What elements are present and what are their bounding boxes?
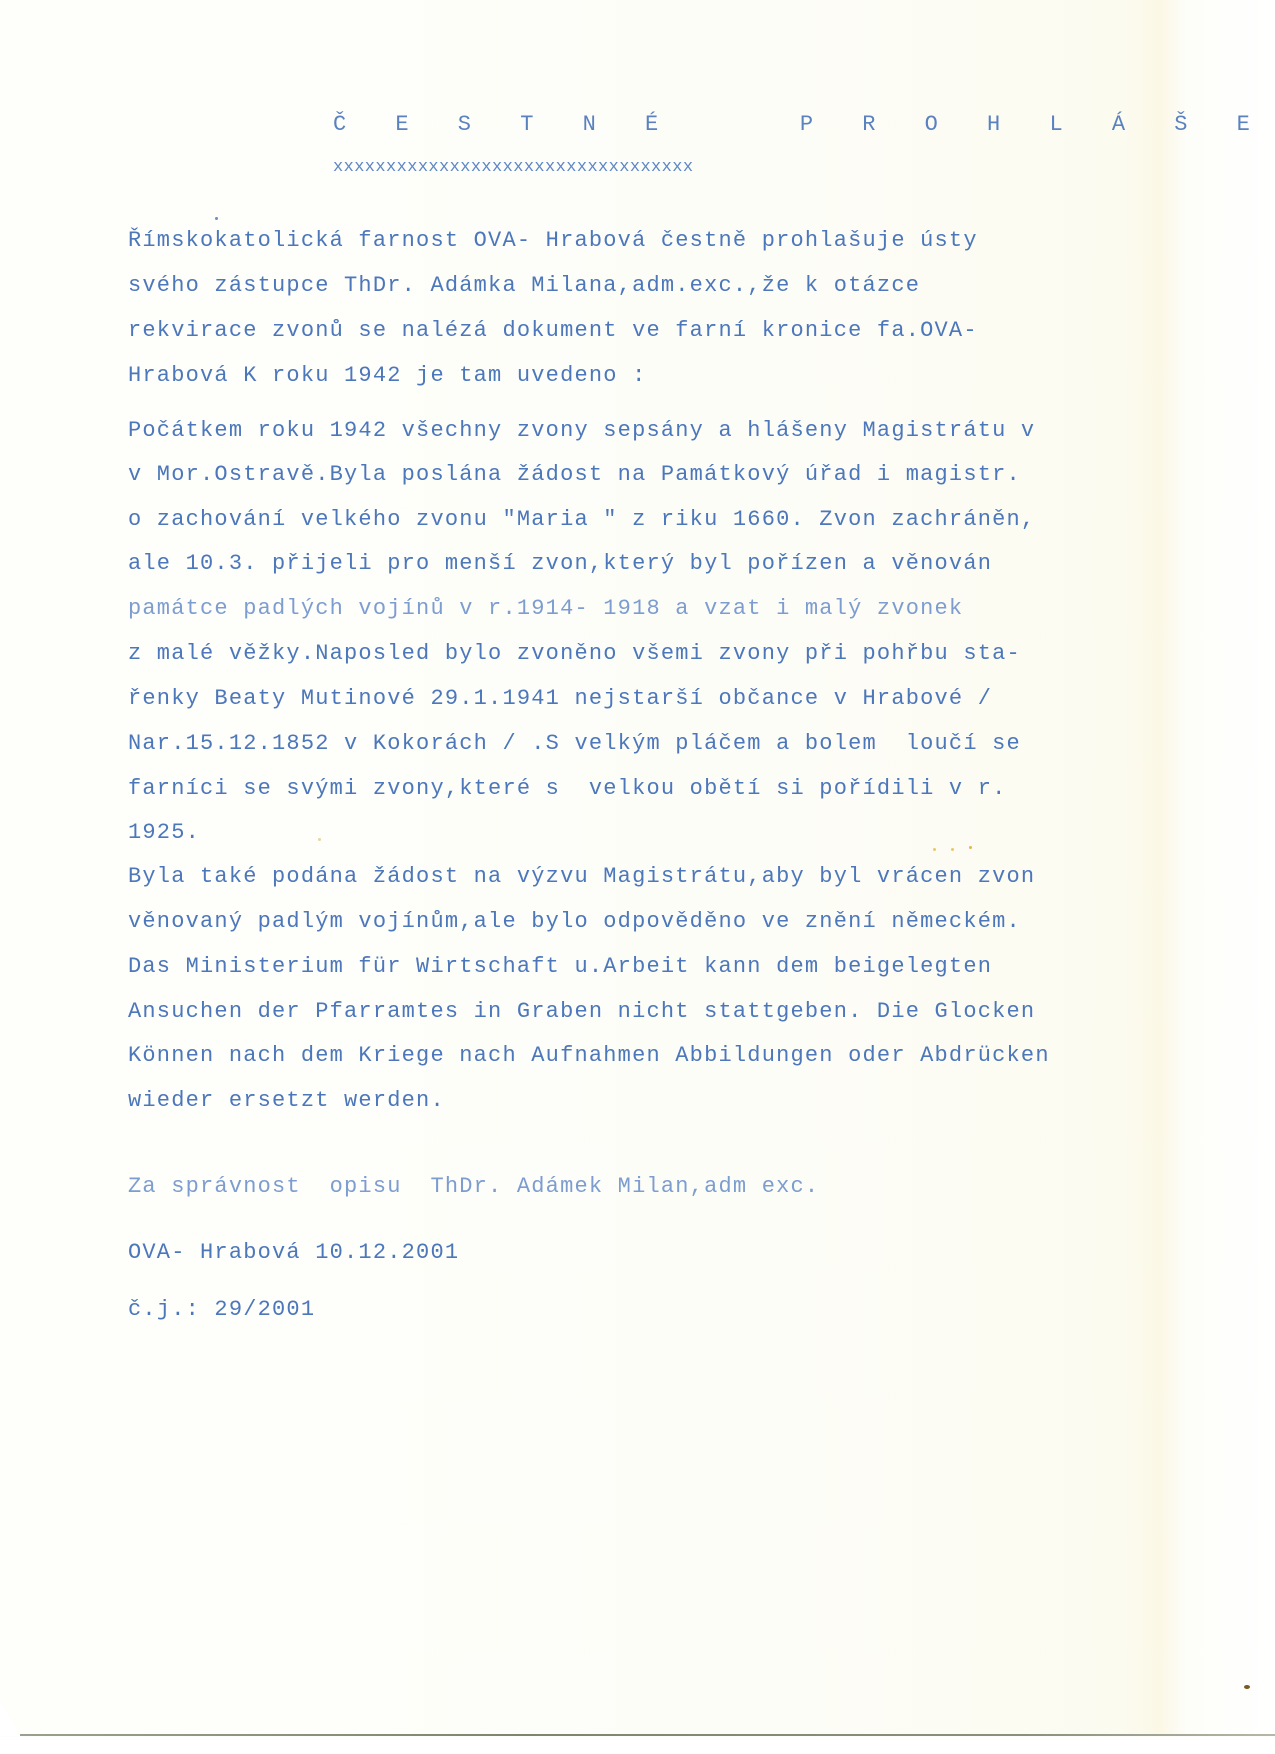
body-line: 1925. [128, 820, 200, 845]
scanner-background [0, 1737, 1275, 1754]
paper-bottom-edge [20, 1734, 1275, 1736]
body-line: Počátkem roku 1942 všechny zvony sepsány… [128, 418, 1035, 443]
body-line: památce padlých vojínů v r.1914- 1918 a … [128, 596, 963, 621]
paragraph-line: wieder ersetzt werden. [128, 1088, 445, 1113]
ink-speck [215, 217, 218, 220]
intro-line: svého zástupce ThDr. Adámka Milana,adm.e… [128, 273, 920, 298]
paragraph-line: Byla také podána žádost na výzvu Magistr… [128, 864, 1035, 889]
paper-corner-fold [0, 1700, 20, 1736]
document-title: Č E S T N É P R O H L Á Š E N Í [333, 112, 1275, 137]
intro-line: rekvirace zvonů se nalézá dokument ve fa… [128, 318, 978, 343]
stain-speck [933, 848, 936, 851]
debris-speck [1244, 1685, 1250, 1689]
paragraph-line: Können nach dem Kriege nach Aufnahmen Ab… [128, 1043, 1050, 1068]
body-line: řenky Beaty Mutinové 29.1.1941 nejstarší… [128, 686, 992, 711]
body-line: farníci se svými zvony,které s velkou ob… [128, 776, 1007, 801]
intro-line: Římskokatolická farnost OVA- Hrabová čes… [128, 228, 978, 253]
body-line: Nar.15.12.1852 v Kokorách / .S velkým pl… [128, 731, 1021, 756]
stain-speck [969, 846, 972, 849]
body-line: ale 10.3. přijeli pro menší zvon,který b… [128, 551, 992, 576]
paragraph-line: Das Ministerium für Wirtschaft u.Arbeit … [128, 954, 992, 979]
stain-speck [318, 838, 321, 841]
paragraph-line: věnovaný padlým vojínům,ale bylo odpověd… [128, 909, 1021, 934]
body-line: v Mor.Ostravě.Byla poslána žádost na Pam… [128, 462, 1021, 487]
title-underline: xxxxxxxxxxxxxxxxxxxxxxxxxxxxxxxxxx [333, 158, 693, 177]
reference-number: č.j.: 29/2001 [128, 1297, 315, 1322]
stain-speck [951, 848, 954, 851]
place-date: OVA- Hrabová 10.12.2001 [128, 1240, 459, 1265]
signature-line: Za správnost opisu ThDr. Adámek Milan,ad… [128, 1174, 819, 1199]
intro-line: Hrabová K roku 1942 je tam uvedeno : [128, 363, 646, 388]
body-line: o zachování velkého zvonu "Maria " z rik… [128, 507, 1035, 532]
body-line: z malé věžky.Naposled bylo zvoněno všemi… [128, 641, 1021, 666]
paragraph-line: Ansuchen der Pfarramtes in Graben nicht … [128, 999, 1035, 1024]
